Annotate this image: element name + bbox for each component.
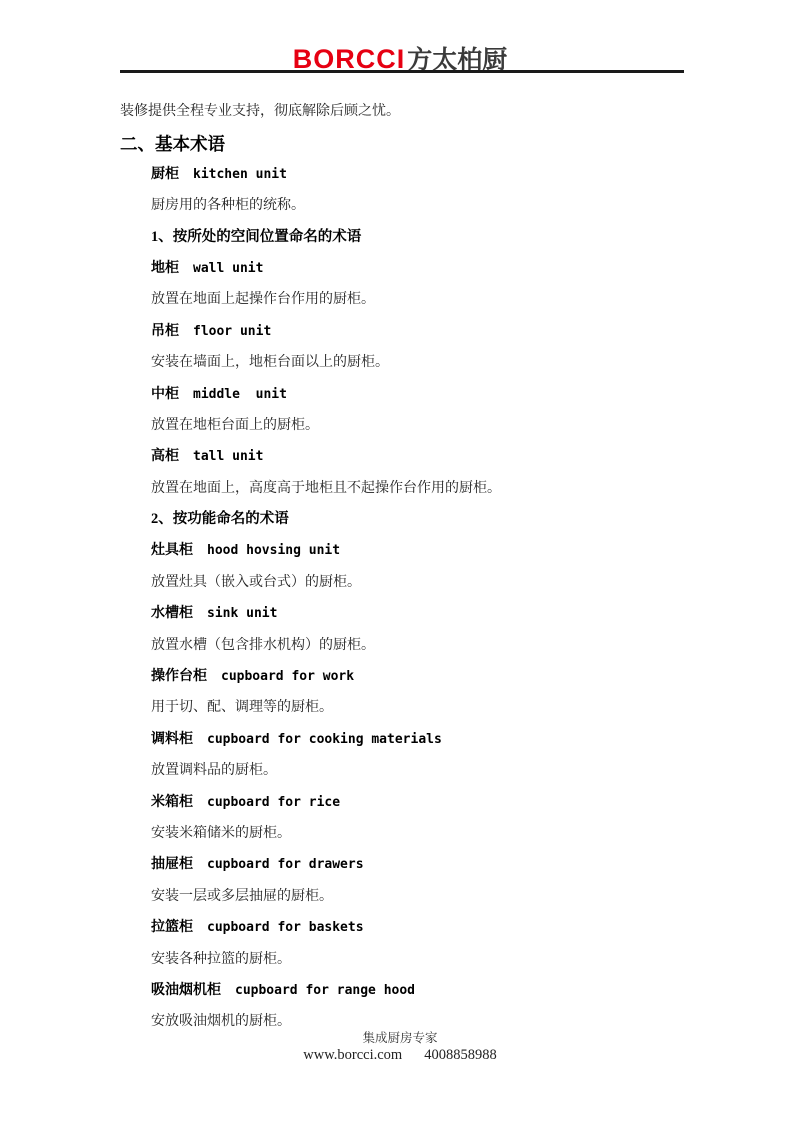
intro-paragraph: 装修提供全程专业支持，彻底解除后顾之忧。 <box>120 104 690 119</box>
term-chinese: 米箱柜 <box>151 795 193 810</box>
term-chinese: 高柜 <box>151 449 179 464</box>
term-english: cupboard for rice <box>207 795 340 810</box>
definition-text: 放置在地面上起操作台作用的厨柜。 <box>151 292 690 307</box>
term-chinese: 拉篮柜 <box>151 920 193 935</box>
term-english: wall unit <box>193 261 263 276</box>
footer-contact: www.borcci.com4008858988 <box>0 1047 800 1064</box>
term-english: cupboard for work <box>221 669 354 684</box>
definition-text: 放置调料品的厨柜。 <box>151 763 690 778</box>
document-page: BORCCI 方太柏厨 装修提供全程专业支持，彻底解除后顾之忧。 二、基本术语 … <box>0 0 800 1132</box>
term-row: 吸油烟机柜cupboard for range hood <box>151 983 690 998</box>
term-chinese: 调料柜 <box>151 732 193 747</box>
definition-text: 放置在地柜台面上的厨柜。 <box>151 418 690 433</box>
subsection-heading: 2、按功能命名的术语 <box>151 512 690 527</box>
term-row: 高柜tall unit <box>151 449 690 464</box>
subsection-heading: 1、按所处的空间位置命名的术语 <box>151 230 690 245</box>
definition-text: 放置水槽（包含排水机构）的厨柜。 <box>151 638 690 653</box>
term-english: sink unit <box>207 606 277 621</box>
definition-text: 厨房用的各种柜的统称。 <box>151 198 690 213</box>
term-chinese: 抽屉柜 <box>151 857 193 872</box>
term-chinese: 中柜 <box>151 387 179 402</box>
term-english: tall unit <box>193 449 263 464</box>
definition-text: 放置灶具（嵌入或台式）的厨柜。 <box>151 575 690 590</box>
footer-slogan: 集成厨房专家 <box>0 1031 800 1046</box>
term-english: middle unit <box>193 387 287 402</box>
term-chinese: 吸油烟机柜 <box>151 983 221 998</box>
term-row: 抽屉柜cupboard for drawers <box>151 857 690 872</box>
page-footer: 集成厨房专家 www.borcci.com4008858988 <box>0 1031 800 1064</box>
term-row: 厨柜kitchen unit <box>151 167 690 182</box>
term-chinese: 厨柜 <box>151 167 179 182</box>
term-row: 米箱柜cupboard for rice <box>151 795 690 810</box>
definition-text: 用于切、配、调理等的厨柜。 <box>151 700 690 715</box>
term-english: cupboard for drawers <box>207 857 364 872</box>
term-chinese: 水槽柜 <box>151 606 193 621</box>
document-body: 装修提供全程专业支持，彻底解除后顾之忧。 二、基本术语 厨柜kitchen un… <box>120 104 690 1046</box>
footer-website: www.borcci.com <box>303 1047 402 1063</box>
term-english: floor unit <box>193 324 271 339</box>
term-english: kitchen unit <box>193 167 287 182</box>
definition-text: 安装米箱储米的厨柜。 <box>151 826 690 841</box>
term-row: 水槽柜sink unit <box>151 606 690 621</box>
term-row: 调料柜cupboard for cooking materials <box>151 732 690 747</box>
definition-text: 安放吸油烟机的厨柜。 <box>151 1014 690 1029</box>
term-english: cupboard for baskets <box>207 920 364 935</box>
definition-text: 安装一层或多层抽屉的厨柜。 <box>151 889 690 904</box>
section-heading: 二、基本术语 <box>120 135 690 154</box>
header-divider <box>120 70 684 73</box>
term-chinese: 吊柜 <box>151 324 179 339</box>
definition-text: 安装在墙面上，地柜台面以上的厨柜。 <box>151 355 690 370</box>
term-english: cupboard for range hood <box>235 983 415 998</box>
term-row: 操作台柜cupboard for work <box>151 669 690 684</box>
term-row: 吊柜floor unit <box>151 324 690 339</box>
definition-text: 放置在地面上，高度高于地柜且不起操作台作用的厨柜。 <box>151 481 690 496</box>
term-english: cupboard for cooking materials <box>207 732 442 747</box>
term-chinese: 灶具柜 <box>151 543 193 558</box>
term-english: hood hovsing unit <box>207 543 340 558</box>
term-row: 地柜wall unit <box>151 261 690 276</box>
term-row: 灶具柜hood hovsing unit <box>151 543 690 558</box>
term-chinese: 地柜 <box>151 261 179 276</box>
definition-text: 安装各种拉篮的厨柜。 <box>151 952 690 967</box>
term-row: 中柜middle unit <box>151 387 690 402</box>
term-row: 拉篮柜cupboard for baskets <box>151 920 690 935</box>
terms-list: 厨柜kitchen unit厨房用的各种柜的统称。1、按所处的空间位置命名的术语… <box>120 167 690 1030</box>
term-chinese: 操作台柜 <box>151 669 207 684</box>
footer-phone: 4008858988 <box>424 1047 497 1063</box>
